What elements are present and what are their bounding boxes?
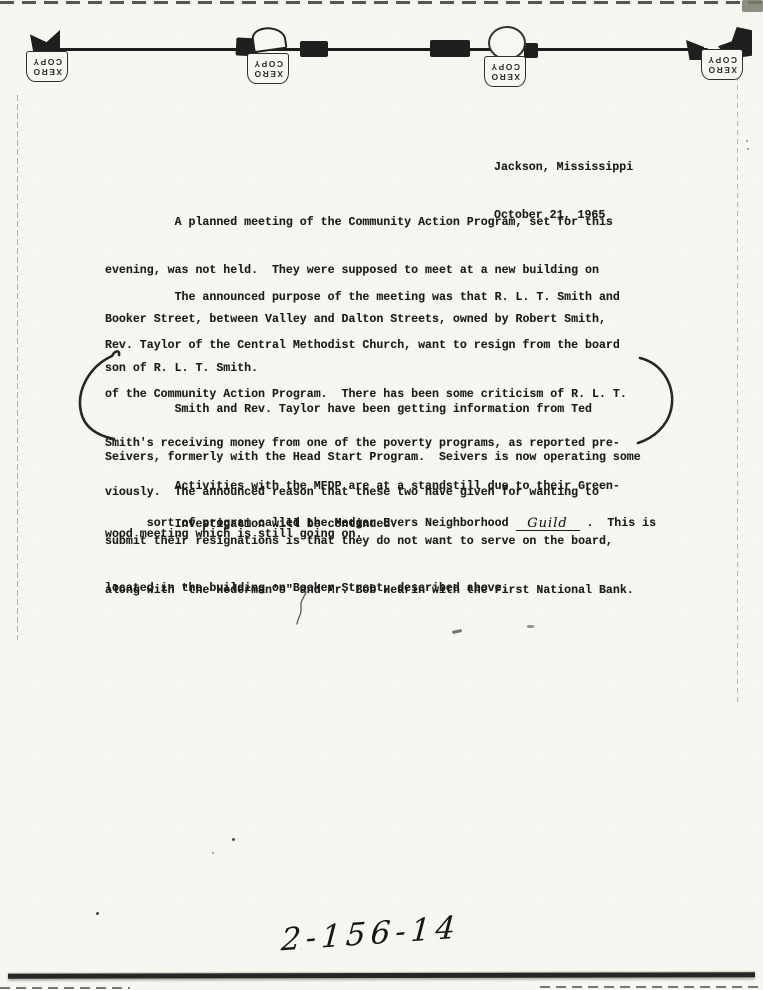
artifact-blob <box>742 0 763 12</box>
typed-line: Rev. Taylor of the Central Methodist Chu… <box>105 338 634 354</box>
artifact-blob <box>300 41 328 57</box>
right-fold-line <box>737 58 738 703</box>
smudge-mark <box>527 625 534 628</box>
scan-bottom-band <box>8 972 755 979</box>
typed-line: Investigation will be continued. <box>105 517 397 533</box>
typed-line: The announced purpose of the meeting was… <box>105 290 634 306</box>
artifact-blob <box>430 40 470 57</box>
typed-line: A planned meeting of the Community Actio… <box>105 215 613 231</box>
location-line: Jackson, Mississippi <box>494 160 633 176</box>
stamp-text: XERO <box>253 69 283 79</box>
stamp-text: COPY <box>490 62 520 72</box>
artifact-fold-corner <box>488 26 526 60</box>
typed-line: Smith and Rev. Taylor have been getting … <box>105 402 656 418</box>
ink-speck <box>746 140 748 142</box>
stamp-text: XERO <box>32 67 62 77</box>
xero-copy-stamp: XERO COPY <box>26 51 68 82</box>
ink-speck <box>747 148 749 150</box>
header-rule-line <box>55 48 708 51</box>
document-page: XERO COPY XERO COPY XERO COPY XERO COPY … <box>0 0 763 990</box>
handwritten-file-number: 2-156-14 <box>280 910 461 959</box>
ink-speck <box>212 852 214 854</box>
paragraph-5: Investigation will be continued. <box>105 484 397 565</box>
smudge-mark <box>452 629 462 634</box>
stamp-text: XERO <box>490 72 520 82</box>
stamp-text: COPY <box>707 55 737 65</box>
stamp-text: COPY <box>253 59 283 69</box>
xero-copy-stamp: XERO COPY <box>247 53 289 84</box>
artifact-blob <box>30 30 60 52</box>
xero-copy-stamp: XERO COPY <box>701 49 743 80</box>
scan-bottom-edge <box>540 986 763 988</box>
left-fold-line <box>17 95 18 640</box>
stray-squiggle-mark <box>292 588 312 632</box>
artifact-fold-corner <box>250 25 287 53</box>
xero-copy-stamp: XERO COPY <box>484 56 526 87</box>
scan-bottom-edge <box>0 987 130 989</box>
artifact-blob <box>524 43 538 58</box>
stamp-text: XERO <box>707 65 737 75</box>
stamp-text: COPY <box>32 57 62 67</box>
ink-speck <box>232 838 235 841</box>
scan-top-edge <box>0 1 763 4</box>
typed-line: located in the building on Booker Street… <box>105 581 656 597</box>
ink-speck <box>96 912 99 915</box>
